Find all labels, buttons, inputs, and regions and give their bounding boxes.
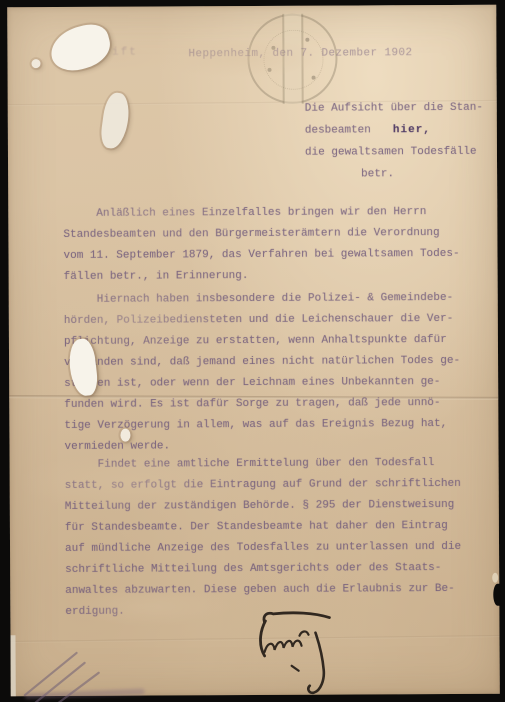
subject-line-1: Die Aufsicht über die Stan- (305, 97, 490, 120)
body-paragraph-3: Findet eine amtliche Ermittelung über de… (65, 453, 478, 623)
letter-paper: Abschrift Heppenheim, den 7. Dezember 19… (7, 5, 500, 697)
dateline: Heppenheim, den 7. Dezember 1902 (188, 47, 412, 60)
edge-tear-chip (492, 573, 498, 583)
torn-speck (120, 429, 130, 442)
body-paragraph-1: Anläßlich eines Einzelfalles bringen wir… (63, 202, 475, 288)
torn-speck (31, 59, 40, 68)
torn-hole (99, 91, 131, 150)
subject-emphasis: hier, (393, 124, 431, 136)
stamp-speck (305, 38, 309, 42)
subject-line-2-word: desbeamten (305, 124, 371, 136)
subject-line-3: die gewaltsamen Todesfälle (305, 141, 490, 164)
torn-hole (46, 20, 115, 76)
photographed-letter: Abschrift Heppenheim, den 7. Dezember 19… (0, 0, 505, 702)
edge-tear-notch (493, 584, 500, 606)
stamp-speck (312, 76, 316, 80)
signature-handwriting (211, 599, 352, 702)
stamp-speck (268, 68, 272, 72)
subject-block: Die Aufsicht über die Stan- desbeamtenhi… (305, 97, 490, 186)
subject-line-2: desbeamtenhier, (305, 119, 490, 142)
subject-line-4: betr. (361, 163, 490, 186)
